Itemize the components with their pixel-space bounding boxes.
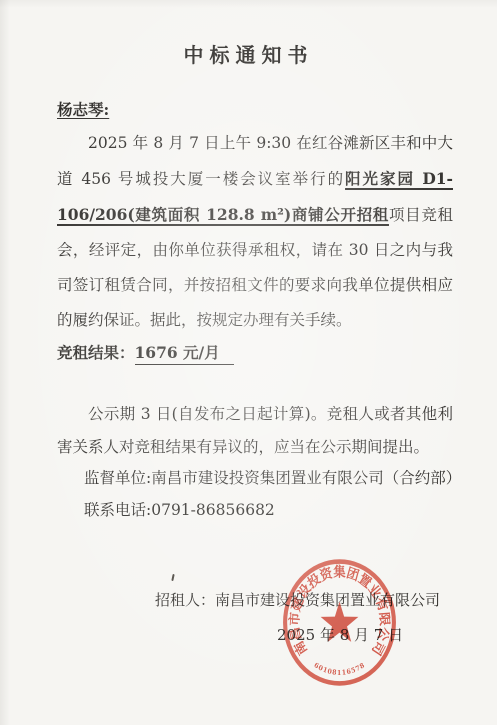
body-paragraph-main: 2025 年 8 月 7 日上午 9:30 在红谷滩新区丰和中大道 456 号城… bbox=[57, 126, 453, 338]
bid-result-line: 竞租结果：1676 元/月 bbox=[57, 341, 234, 365]
official-seal: 南昌市建设投资集团置业有限公司 3601081165780 bbox=[281, 557, 398, 688]
recipient-line: 杨志琴: bbox=[57, 98, 109, 120]
document-title: 中标通知书 bbox=[0, 39, 497, 68]
seal-star-icon bbox=[321, 602, 359, 642]
scan-artifact-mark bbox=[171, 574, 174, 581]
paragraph-tail-text: 项目竞租会，经评定，由你单位获得承租权，请在 30 日之内与我司签订租赁合同，并… bbox=[57, 206, 453, 329]
bid-result-label: 竞租结果： bbox=[57, 343, 135, 362]
recipient-name: 杨志琴: bbox=[57, 100, 109, 119]
contact-phone-line: 联系电话:0791-86856682 bbox=[84, 498, 275, 520]
document-page: 中标通知书 杨志琴: 2025 年 8 月 7 日上午 9:30 在红谷滩新区丰… bbox=[0, 0, 497, 725]
publicity-period-paragraph: 公示期 3 日(自发布之日起计算)。竞租人或者其他利害关系人对竞租结果有异议的，… bbox=[57, 398, 453, 464]
supervisor-unit-line: 监督单位:南昌市建设投资集团置业有限公司（合约部） bbox=[84, 466, 461, 488]
bid-result-value: 1676 元/月 bbox=[135, 341, 234, 365]
